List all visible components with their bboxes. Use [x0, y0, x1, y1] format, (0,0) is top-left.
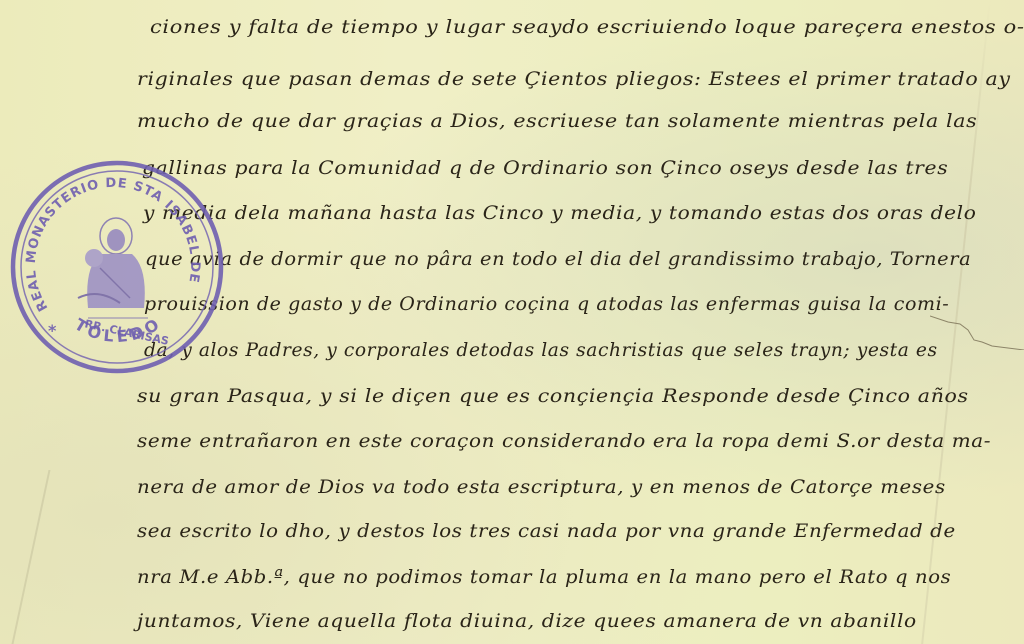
manuscript-line: nera de amor de Dios va todo esta escrip…	[137, 476, 946, 498]
manuscript-line: nra M.e Abb.ª, que no podimos tomar la p…	[137, 566, 951, 588]
manuscript-line: ciones y falta de tiempo y lugar seaydo …	[150, 16, 1024, 38]
manuscript-line: da, y alos Padres, y corporales detodas …	[144, 339, 938, 361]
madonna-figure-icon	[78, 218, 148, 318]
manuscript-line: prouission de gasto y de Ordinario coçin…	[144, 293, 949, 315]
manuscript-line: y media dela mañana hasta las Cinco y me…	[143, 202, 977, 224]
manuscript-line: su gran Pasqua, y si le diçen que es con…	[137, 385, 969, 407]
manuscript-line: gallinas para la Comunidad q de Ordinari…	[142, 157, 948, 179]
manuscript-line: juntamos, Viene aquella flota diuina, di…	[137, 610, 917, 632]
stamp-ornament: *	[48, 321, 57, 340]
manuscript-line: que avia de dormir que no pâra en todo e…	[145, 248, 971, 270]
manuscript-line: sea escrito lo dho, y destos los tres ca…	[137, 520, 956, 542]
manuscript-line: seme entrañaron en este coraçon consider…	[137, 430, 991, 452]
manuscript-line: riginales que pasan demas de sete Çiento…	[137, 68, 1011, 90]
manuscript-line: mucho de que dar graçias a Dios, escriue…	[137, 110, 977, 132]
monastery-stamp: REAL MONASTERIO DE STA ISABEL DE LOS REY…	[8, 158, 226, 376]
manuscript-page: ciones y falta de tiempo y lugar seaydo …	[0, 0, 1024, 644]
